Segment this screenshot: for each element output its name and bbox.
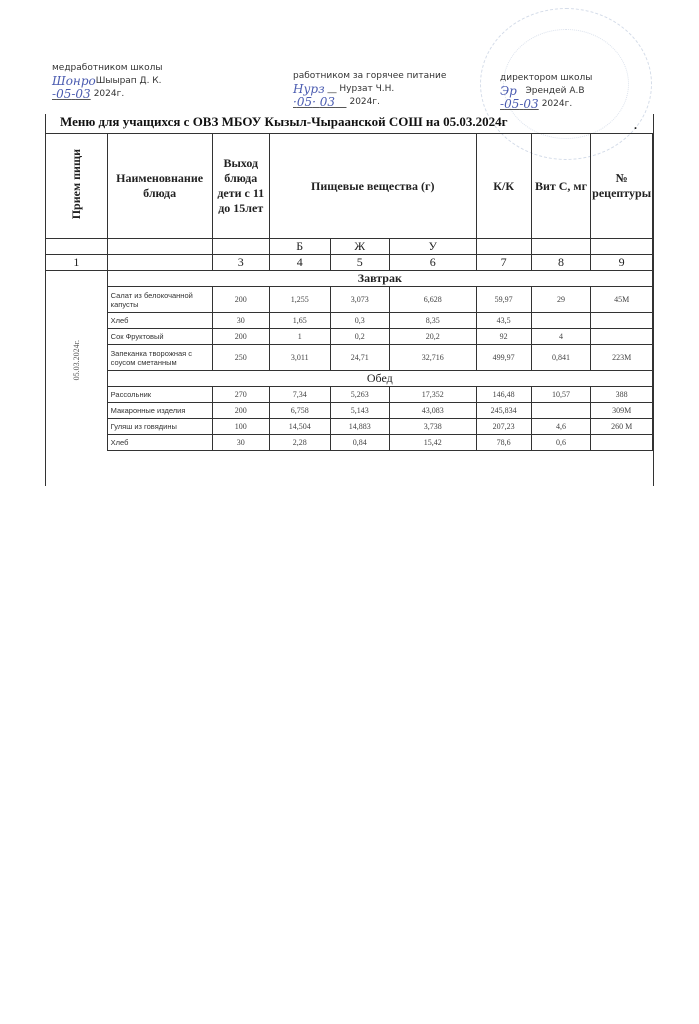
cell-b: 1 [269, 329, 330, 345]
table-row: Рассольник2707,345,26317,352146,4810,573… [46, 387, 653, 403]
cell-zh: 14,883 [330, 419, 390, 435]
cell-u: 15,42 [390, 435, 477, 451]
cell-yield: 200 [212, 403, 269, 419]
cell-dish: Гуляш из говядины [107, 419, 212, 435]
approver-name: Шыырап Д. К. [96, 75, 162, 88]
cell-vitc: 29 [531, 287, 591, 313]
table-row: Хлеб301,650,38,3543,5 [46, 313, 653, 329]
cell-kk: 59,97 [476, 287, 531, 313]
cell-zh: 5,143 [330, 403, 390, 419]
cell-dish: Хлеб [107, 435, 212, 451]
section-lunch: Обед [107, 371, 652, 387]
approval-medical: медработником школы ШонроШыырап Д. К. -0… [52, 62, 162, 101]
cell-dish: Сок Фруктовый [107, 329, 212, 345]
cell-b: 3,011 [269, 345, 330, 371]
subheader-b: Б [269, 239, 330, 255]
cell-b: 6,758 [269, 403, 330, 419]
table-row: Сок Фруктовый20010,220,2924 [46, 329, 653, 345]
header-vitc: Вит С, мг [531, 134, 591, 239]
cell-vitc: 4 [531, 329, 591, 345]
page-title: Меню для учащихся с ОВЗ МБОУ Кызыл-Чыраа… [60, 114, 508, 130]
section-row: 05.03.2024г.Завтрак [46, 271, 653, 287]
column-number: 8 [531, 255, 591, 271]
cell-b: 1,65 [269, 313, 330, 329]
header-kk: К/К [476, 134, 531, 239]
cell-b: 1,255 [269, 287, 330, 313]
approval-year: 2024г. [349, 96, 380, 109]
table-row: Салат из белокочанной капусты2001,2553,0… [46, 287, 653, 313]
header-meal: Прием пищи [46, 134, 108, 239]
cell-dish: Рассольник [107, 387, 212, 403]
cell-recipe: 223М [591, 345, 653, 371]
section-breakfast: Завтрак [107, 271, 652, 287]
section-row: Обед [46, 371, 653, 387]
column-number: 5 [330, 255, 390, 271]
cell-yield: 200 [212, 287, 269, 313]
table-row: Макаронные изделия2006,7585,14343,083245… [46, 403, 653, 419]
cell-recipe: 260 М [591, 419, 653, 435]
cell-kk: 43,5 [476, 313, 531, 329]
cell-zh: 3,073 [330, 287, 390, 313]
cell-dish: Салат из белокочанной капусты [107, 287, 212, 313]
cell-vitc [531, 403, 591, 419]
cell-b: 7,34 [269, 387, 330, 403]
cell-yield: 30 [212, 435, 269, 451]
subheader-row: Б Ж У [46, 239, 653, 255]
cell-dish: Макаронные изделия [107, 403, 212, 419]
subheader-u: У [390, 239, 477, 255]
cell-yield: 100 [212, 419, 269, 435]
approval-catering: работником за горячее питание Нурз __ Ну… [293, 70, 446, 109]
cell-u: 17,352 [390, 387, 477, 403]
cell-u: 20,2 [390, 329, 477, 345]
header-dish: Наименовнание блюда [107, 134, 212, 239]
cell-yield: 270 [212, 387, 269, 403]
cell-zh: 0,2 [330, 329, 390, 345]
cell-u: 3,738 [390, 419, 477, 435]
cell-recipe: 45М [591, 287, 653, 313]
cell-kk: 78,6 [476, 435, 531, 451]
cell-yield: 200 [212, 329, 269, 345]
approval-year: 2024г. [542, 98, 573, 111]
column-number: 3 [212, 255, 269, 271]
header-yield: Выход блюда дети с 11 до 15лет [212, 134, 269, 239]
cell-u: 6,628 [390, 287, 477, 313]
cell-zh: 5,263 [330, 387, 390, 403]
cell-vitc [531, 313, 591, 329]
cell-kk: 245,834 [476, 403, 531, 419]
column-number: 4 [269, 255, 330, 271]
approval-director: директором школы Эр Эрендей А.В -05-0320… [500, 72, 592, 111]
table-row: Запеканка творожная с соусом сметанным25… [46, 345, 653, 371]
header-row: Прием пищи Наименовнание блюда Выход блю… [46, 134, 653, 239]
cell-kk: 92 [476, 329, 531, 345]
cell-dish: Хлеб [107, 313, 212, 329]
cell-yield: 250 [212, 345, 269, 371]
cell-yield: 30 [212, 313, 269, 329]
cell-vitc: 0,841 [531, 345, 591, 371]
cell-recipe: 309М [591, 403, 653, 419]
approval-year: 2024г. [94, 88, 125, 101]
column-number-row: 13456789 [46, 255, 653, 271]
cell-b: 2,28 [269, 435, 330, 451]
date-cell: 05.03.2024г. [46, 271, 108, 451]
column-number: 7 [476, 255, 531, 271]
column-number: 1 [46, 255, 108, 271]
cell-dish: Запеканка творожная с соусом сметанным [107, 345, 212, 371]
column-number: 6 [390, 255, 477, 271]
table-row: Хлеб302,280,8415,4278,60,6 [46, 435, 653, 451]
cell-zh: 0,3 [330, 313, 390, 329]
cell-vitc: 4,6 [531, 419, 591, 435]
cell-kk: 499,97 [476, 345, 531, 371]
cell-u: 8,35 [390, 313, 477, 329]
column-number: 9 [591, 255, 653, 271]
cell-vitc: 10,57 [531, 387, 591, 403]
subheader-zh: Ж [330, 239, 390, 255]
table-row: Гуляш из говядины10014,50414,8833,738207… [46, 419, 653, 435]
cell-recipe [591, 329, 653, 345]
cell-recipe: 388 [591, 387, 653, 403]
cell-u: 32,716 [390, 345, 477, 371]
approver-name: Нурзат Ч.Н. [339, 83, 394, 96]
cell-recipe [591, 435, 653, 451]
cell-b: 14,504 [269, 419, 330, 435]
cell-u: 43,083 [390, 403, 477, 419]
cell-zh: 0,84 [330, 435, 390, 451]
mark: . [634, 118, 637, 133]
menu-table: Прием пищи Наименовнание блюда Выход блю… [45, 133, 653, 451]
cell-recipe [591, 313, 653, 329]
column-number [107, 255, 212, 271]
cell-kk: 207,23 [476, 419, 531, 435]
cell-kk: 146,48 [476, 387, 531, 403]
header-nutrients: Пищевые вещества (г) [269, 134, 476, 239]
header-recipe: № рецептуры [591, 134, 653, 239]
cell-zh: 24,71 [330, 345, 390, 371]
cell-vitc: 0,6 [531, 435, 591, 451]
